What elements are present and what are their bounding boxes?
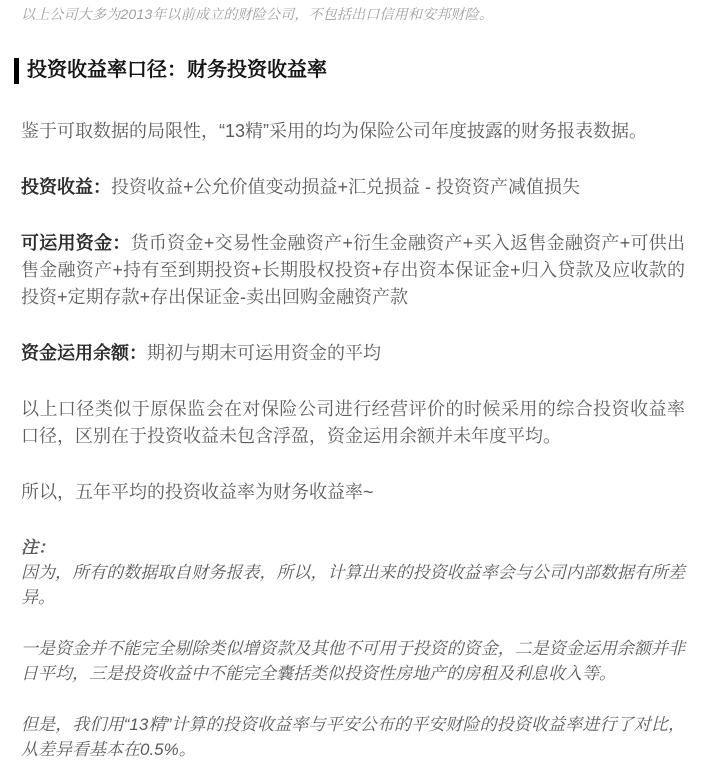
footnote-reason: 因为，所有的数据取自财务报表，所以，计算出来的投资收益率会与公司内部数据有所差异… — [21, 560, 685, 610]
fund-balance-label: 资金运用余额： — [21, 343, 147, 363]
paragraph-available-funds: 可运用资金：货币资金+交易性金融资产+衍生金融资产+买入返售金融资产+可供出售金… — [21, 230, 685, 311]
footnote-block: 注： 因为，所有的数据取自财务报表，所以，计算出来的投资收益率会与公司内部数据有… — [21, 535, 685, 762]
footnote-comparison: 但是，我们用“13精”计算的投资收益率与平安公布的平安财险的投资收益率进行了对比… — [21, 712, 685, 762]
heading-accent-bar — [14, 58, 19, 84]
article-body: 以上公司大多为2013年以前成立的财险公司，不包括出口信用和安邦财险。 投资收益… — [0, 0, 704, 762]
paragraph-fund-balance: 资金运用余额：期初与期末可运用资金的平均 — [21, 340, 685, 367]
section-heading-text: 投资收益率口径：财务投资收益率 — [27, 57, 327, 84]
paragraph-caliber-comparison: 以上口径类似于原保监会在对保险公司进行经营评价的时候采用的综合投资收益率口径，区… — [21, 396, 685, 450]
available-funds-label: 可运用资金： — [21, 233, 131, 253]
footnote-limitations: 一是资金并不能完全剔除类似增资款及其他不可用于投资的资金，二是资金运用余额并非日… — [21, 636, 685, 686]
paragraph-investment-income: 投资收益：投资收益+公允价值变动损益+汇兑损益 - 投资资产减值损失 — [21, 174, 685, 201]
intro-note: 以上公司大多为2013年以前成立的财险公司，不包括出口信用和安邦财险。 — [21, 6, 685, 23]
investment-income-formula: 投资收益+公允价值变动损益+汇兑损益 - 投资资产减值损失 — [111, 177, 580, 197]
paragraph-data-source: 鉴于可取数据的局限性，“13精”采用的均为保险公司年度披露的财务报表数据。 — [21, 118, 685, 145]
paragraph-conclusion: 所以，五年平均的投资收益率为财务收益率~ — [21, 479, 685, 506]
footnote-label: 注： — [21, 535, 685, 560]
investment-income-label: 投资收益： — [21, 177, 111, 197]
section-heading: 投资收益率口径：财务投资收益率 — [14, 57, 685, 84]
fund-balance-formula: 期初与期末可运用资金的平均 — [147, 343, 381, 363]
